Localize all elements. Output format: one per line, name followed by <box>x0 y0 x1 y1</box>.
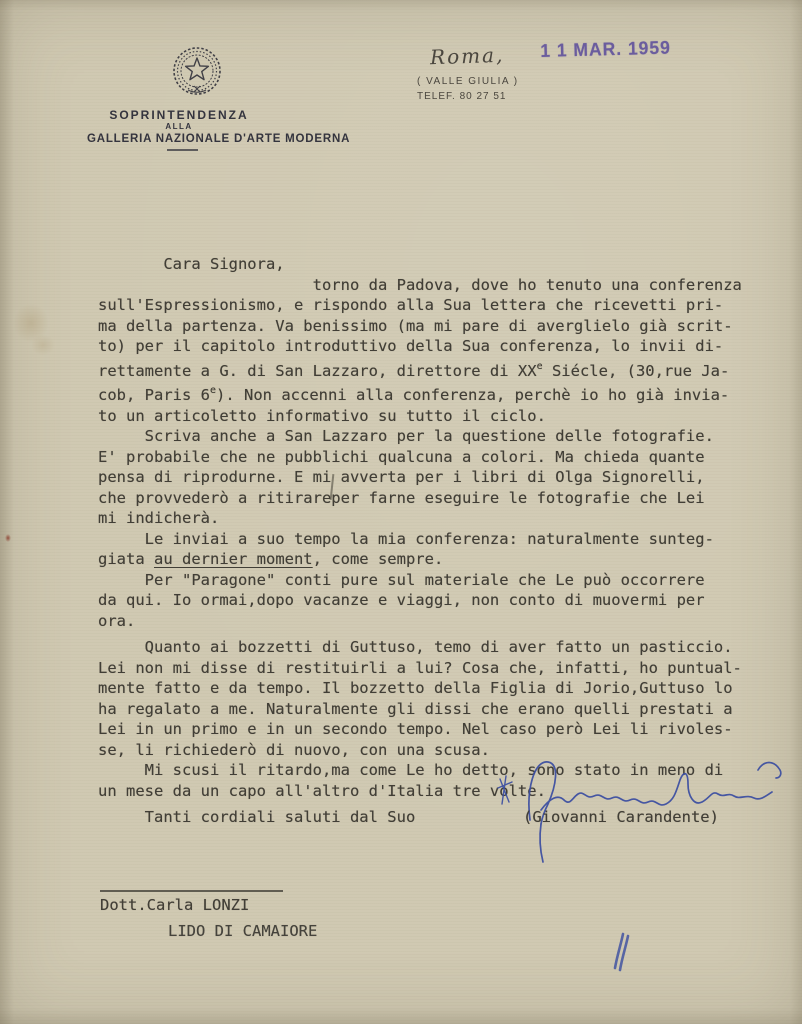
recipient-city: LIDO DI CAMAIORE <box>168 922 317 940</box>
phone-line: TELEF. 80 27 51 <box>417 91 507 102</box>
paper-stain <box>26 330 60 360</box>
typed-line: Per "Paragone" conti pure sul materiale … <box>98 570 778 591</box>
typed-text: rettamente a G. di San Lazzaro, direttor… <box>98 362 537 380</box>
typed-signature-name: (Giovanni Carandente) <box>523 808 719 826</box>
location-line: ( VALLE GIULIA ) <box>417 76 519 87</box>
letterhead-divider <box>167 149 198 151</box>
typed-line: rettamente a G. di San Lazzaro, direttor… <box>98 357 778 382</box>
underlined-phrase: au dernier moment <box>154 550 313 568</box>
typed-line: ma della partenza. Va benissimo (ma mi p… <box>98 316 778 337</box>
recipient-name: Dott.Carla LONZI <box>100 896 249 914</box>
typed-text: , come sempre. <box>313 550 444 568</box>
typed-line: sull'Espressionismo, e rispondo alla Sua… <box>98 295 778 316</box>
typed-line: E' probabile che ne pubblichi qualcuna a… <box>98 447 778 468</box>
signature-scribble-icon <box>470 742 790 872</box>
typed-line: to) per il capitolo introduttivo della S… <box>98 336 778 357</box>
ink-speck <box>5 534 11 542</box>
typed-line: pensa di riprodurne. E mi avverta per i … <box>98 467 778 488</box>
typed-line: da qui. Io ormai,dopo vacanze e viaggi, … <box>98 590 778 611</box>
typed-line-salutation: Cara Signora, <box>98 254 778 275</box>
typed-line: Le inviai a suo tempo la mia conferenza:… <box>98 529 778 550</box>
blue-ink-mark-icon <box>605 928 635 972</box>
typed-line: che provvederò a ritirareper farne esegu… <box>98 488 778 509</box>
typed-text: giata <box>98 550 154 568</box>
typed-line: mi indicherà. <box>98 508 778 529</box>
typed-line: mente fatto e da tempo. Il bozzetto dell… <box>98 678 778 699</box>
org-name-line2: ALLA <box>79 122 279 131</box>
typed-line: Scriva anche a San Lazzaro per la questi… <box>98 426 778 447</box>
typed-line: ha regalato a me. Naturalmente gli dissi… <box>98 699 778 720</box>
typed-line: Lei in un primo e in un secondo tempo. N… <box>98 719 778 740</box>
typed-line: cob, Paris 6e). Non accenni alla confere… <box>98 381 778 406</box>
org-name-line1: SOPRINTENDENZA <box>79 108 279 122</box>
typed-text: Siécle, (30,rue Ja- <box>543 362 730 380</box>
typed-line: giata au dernier moment, come sempre. <box>98 549 778 570</box>
republic-emblem-icon <box>168 40 226 102</box>
typed-line: Lei non mi disse di restituirli a lui? C… <box>98 658 778 679</box>
typed-line: ora. <box>98 611 778 632</box>
typed-text: cob, Paris 6 <box>98 386 210 404</box>
typed-line: to un articoletto informativo su tutto i… <box>98 406 778 427</box>
date-stamp: 1 1 MAR. 1959 <box>540 37 671 62</box>
city-script: Roma, <box>430 43 505 70</box>
org-name-line3: GALLERIA NAZIONALE D'ARTE MODERNA <box>87 133 350 145</box>
typed-line: torno da Padova, dove ho tenuto una conf… <box>98 275 778 296</box>
scanned-letter-page: SOPRINTENDENZA ALLA GALLERIA NAZIONALE D… <box>0 0 802 1024</box>
typed-line: Quanto ai bozzetti di Guttuso, temo di a… <box>98 637 778 658</box>
typed-text: ). Non accenni alla conferenza, perchè i… <box>216 386 729 404</box>
recipient-overline <box>100 890 283 892</box>
